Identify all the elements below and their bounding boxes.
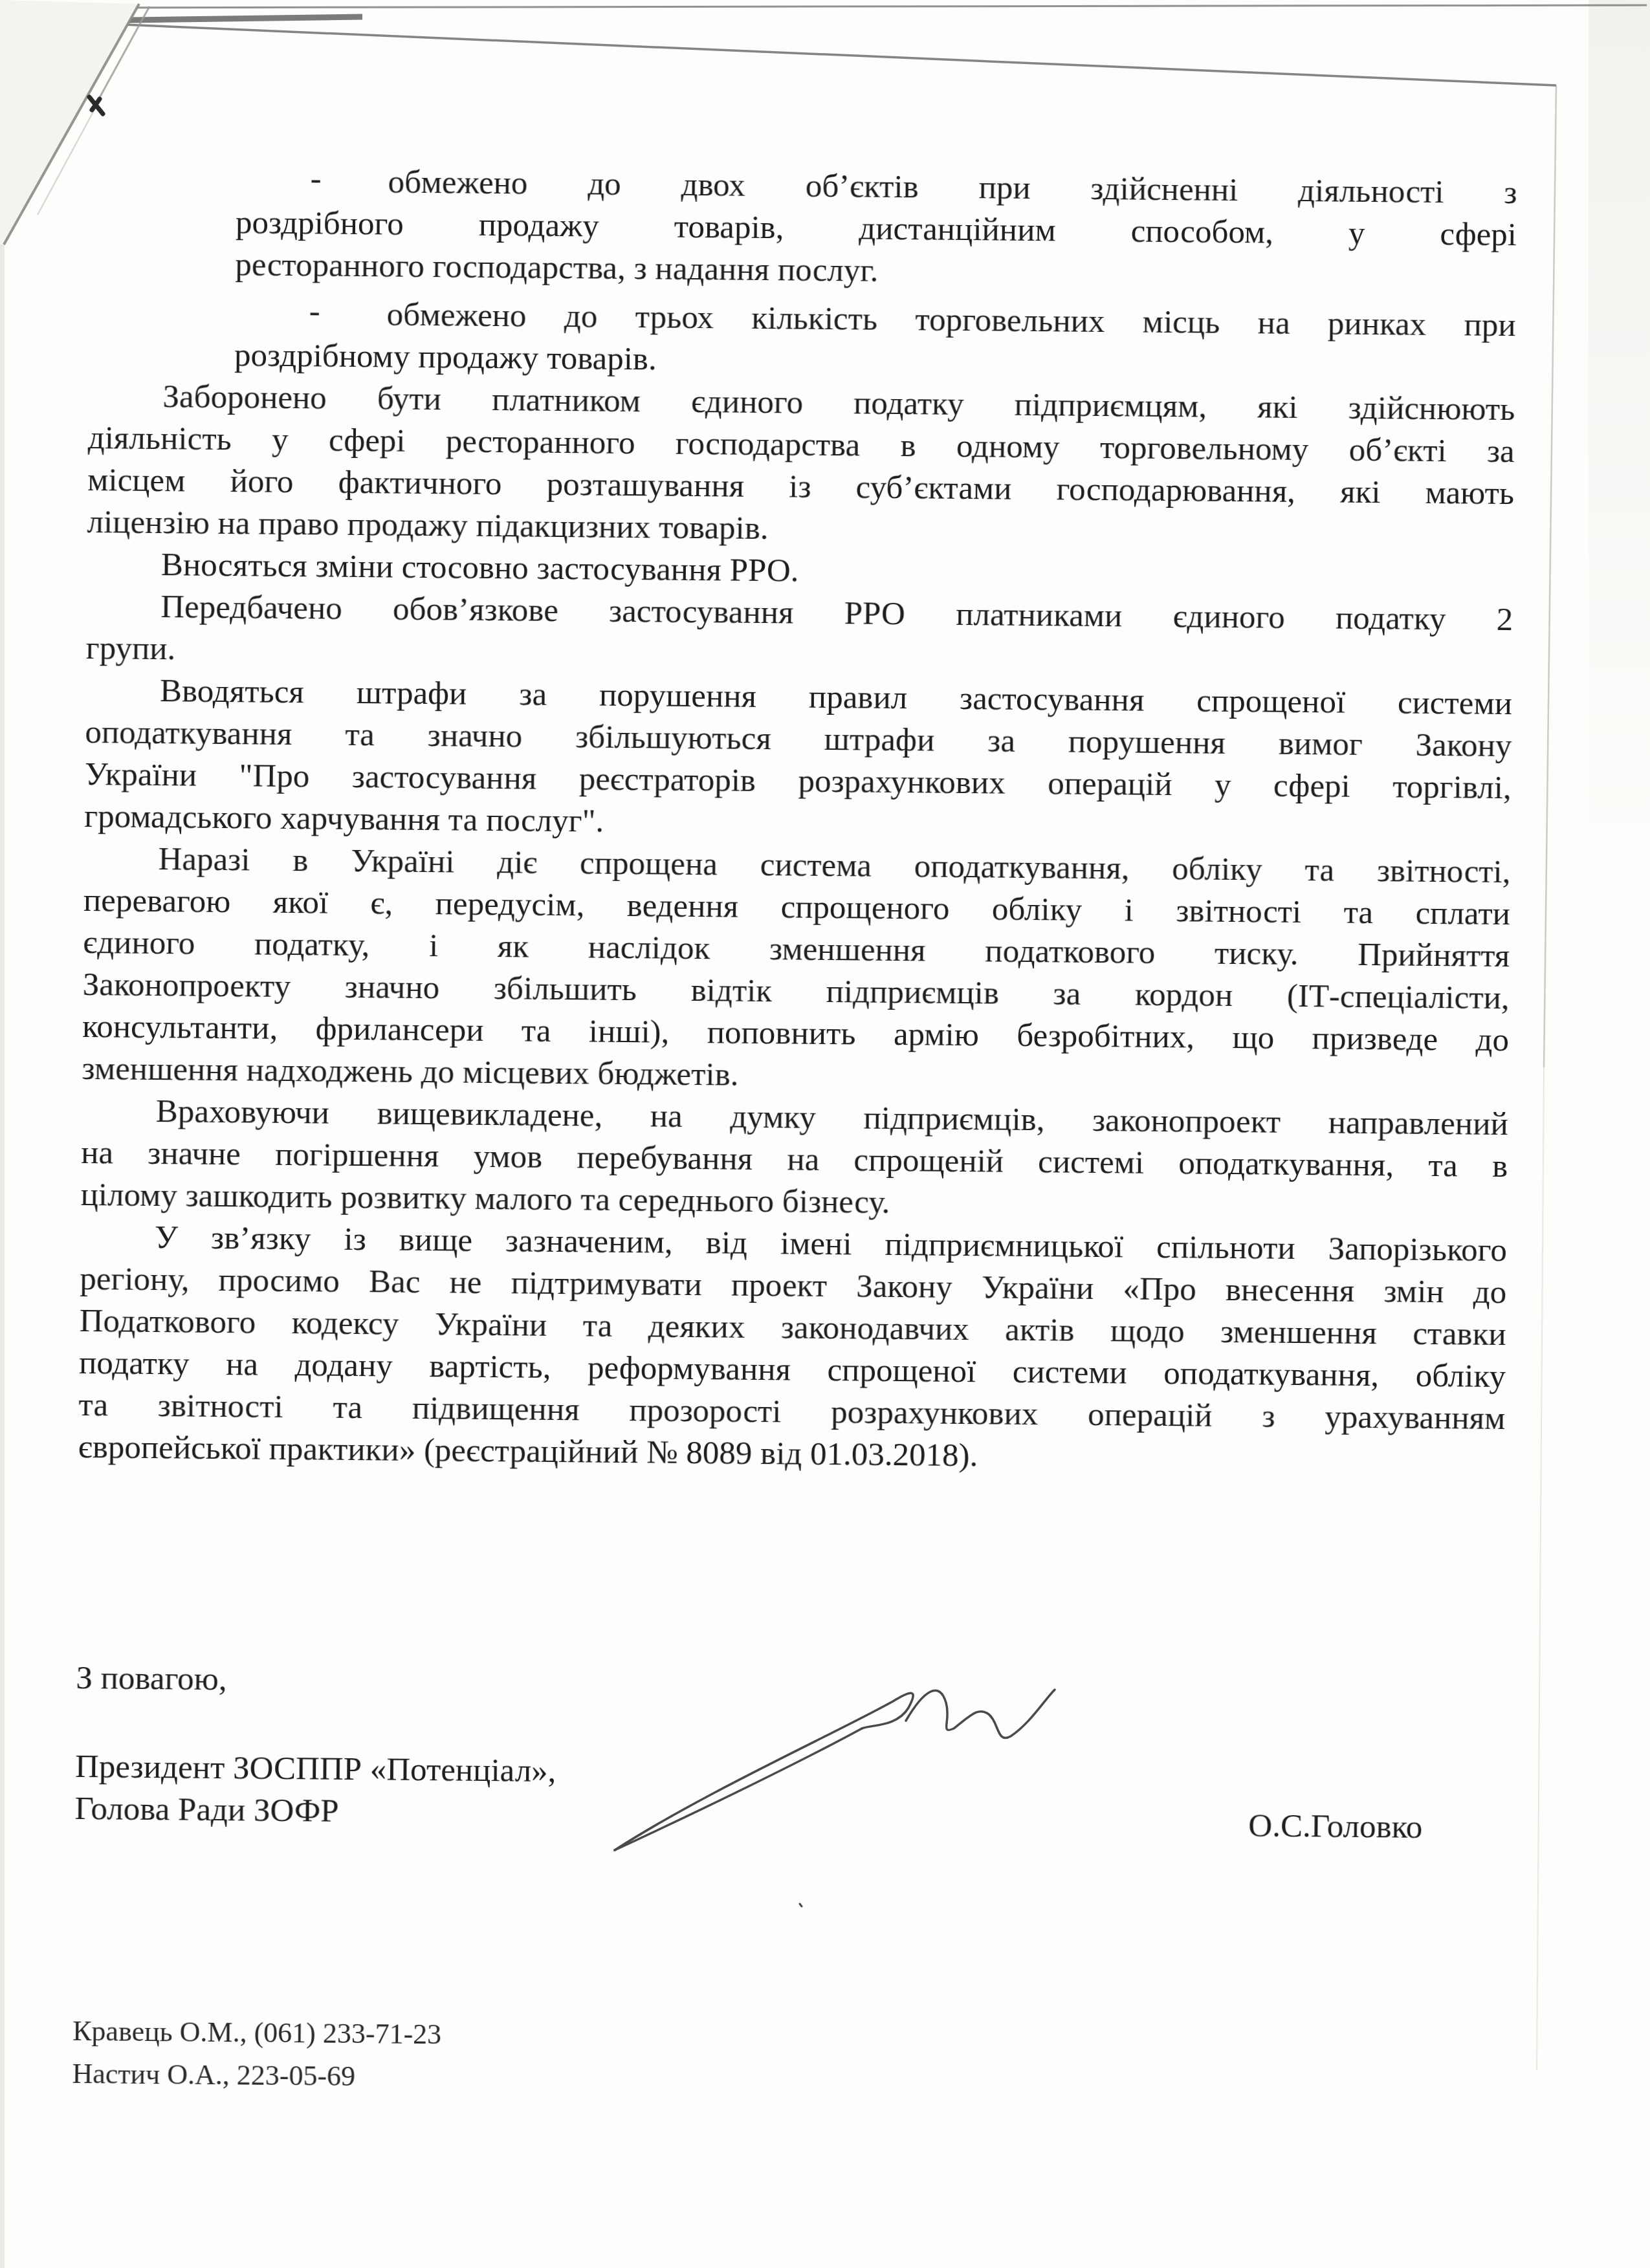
ink-speck xyxy=(800,1904,802,1906)
scanned-letter-page: { "letter": { "bullets": [ { "marker": "… xyxy=(0,0,1650,2268)
handwritten-signature xyxy=(0,0,1650,2268)
